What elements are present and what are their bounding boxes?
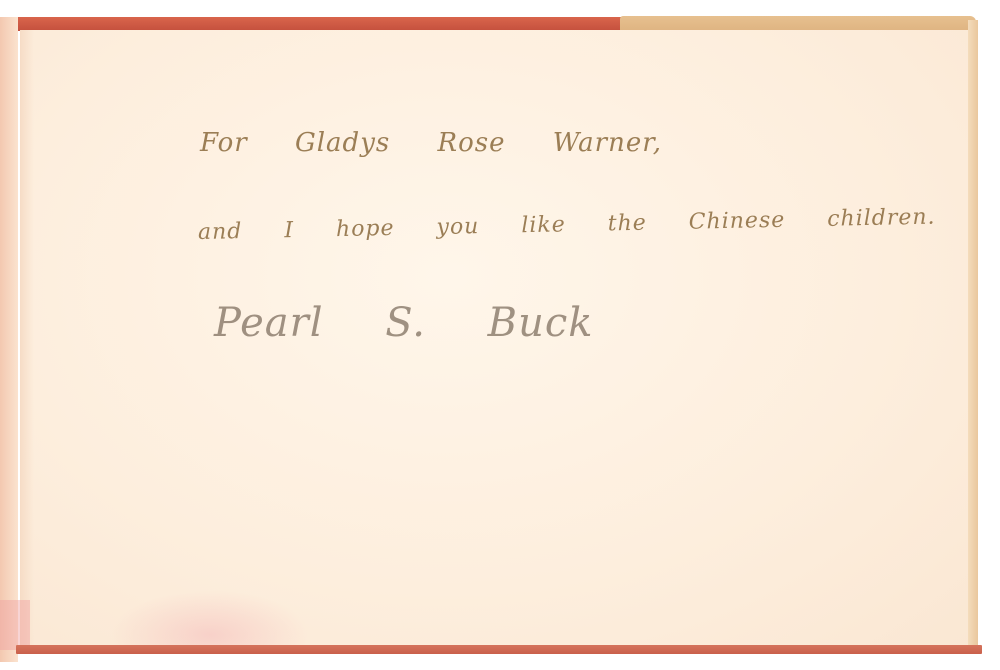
dust-jacket-side-edge (968, 20, 978, 646)
red-board-top-edge (0, 17, 640, 31)
red-board-bottom-edge (16, 645, 982, 654)
inscription-line-1: For Gladys Rose Warner, (200, 128, 662, 158)
red-board-left-edge (0, 17, 18, 662)
pink-stain-left (0, 600, 30, 650)
page-gutter-shadow (20, 30, 34, 646)
author-signature: Pearl S. Buck (214, 300, 593, 346)
pink-stain (110, 590, 310, 646)
book-photo: For Gladys Rose Warner, and I hope you l… (0, 0, 1000, 670)
